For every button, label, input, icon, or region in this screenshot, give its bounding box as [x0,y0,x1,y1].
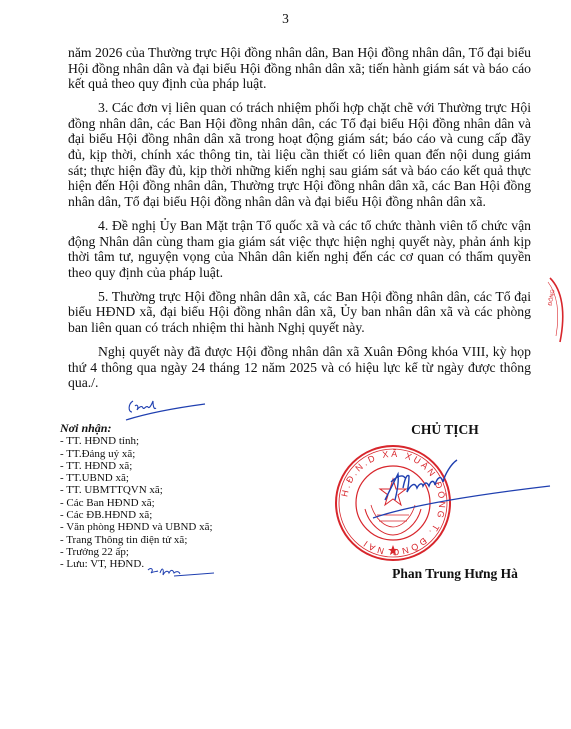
signer-title: CHỦ TỊCH [350,422,540,438]
signature-block: CHỦ TỊCH Phan Trung Hưng Hà [330,422,540,438]
recipient-item: - Văn phòng HĐND và UBND xã; [60,521,213,533]
recipients-title: Nơi nhận: [60,422,213,434]
recipient-item: - Các Ban HĐND xã; [60,497,213,509]
paragraph-5: 5. Thường trực Hội đồng nhân dân xã, các… [68,289,531,336]
paragraph-3: 3. Các đơn vị liên quan có trách nhiệm p… [68,100,531,209]
page-number: 3 [0,11,571,27]
recipient-item: - Các ĐB.HĐND xã; [60,509,213,521]
recipient-item: - TT.Đảng uỷ xã; [60,448,213,460]
recipient-item: - TT.UBND xã; [60,472,213,484]
chairman-signature-icon [365,452,555,522]
archive-initials-icon [146,565,216,581]
closing-paragraph: Nghị quyết này đã được Hội đồng nhân dân… [68,344,531,391]
partial-seal-icon: ĐÔNG [548,278,571,343]
paragraph-continuation: năm 2026 của Thường trực Hội đồng nhân d… [68,45,531,92]
recipient-item: - Trưởng 22 ấp; [60,546,213,558]
recipient-item: - TT. HĐND xã; [60,460,213,472]
document-body: năm 2026 của Thường trực Hội đồng nhân d… [68,45,531,399]
recipient-item: - TT. HĐND tỉnh; [60,435,213,447]
recipients-list: Nơi nhận: - TT. HĐND tỉnh; - TT.Đảng uỷ … [60,422,213,571]
paragraph-4: 4. Đề nghị Ủy Ban Mặt trận Tổ quốc xã và… [68,218,531,280]
recipient-item: - Trang Thông tin điện tử xã; [60,534,213,546]
svg-text:ĐÔNG: ĐÔNG [547,289,557,306]
recipient-item: - TT. UBMTTQVN xã; [60,484,213,496]
signer-name: Phan Trung Hưng Hà [350,566,560,582]
initials-signature-icon [125,398,215,422]
